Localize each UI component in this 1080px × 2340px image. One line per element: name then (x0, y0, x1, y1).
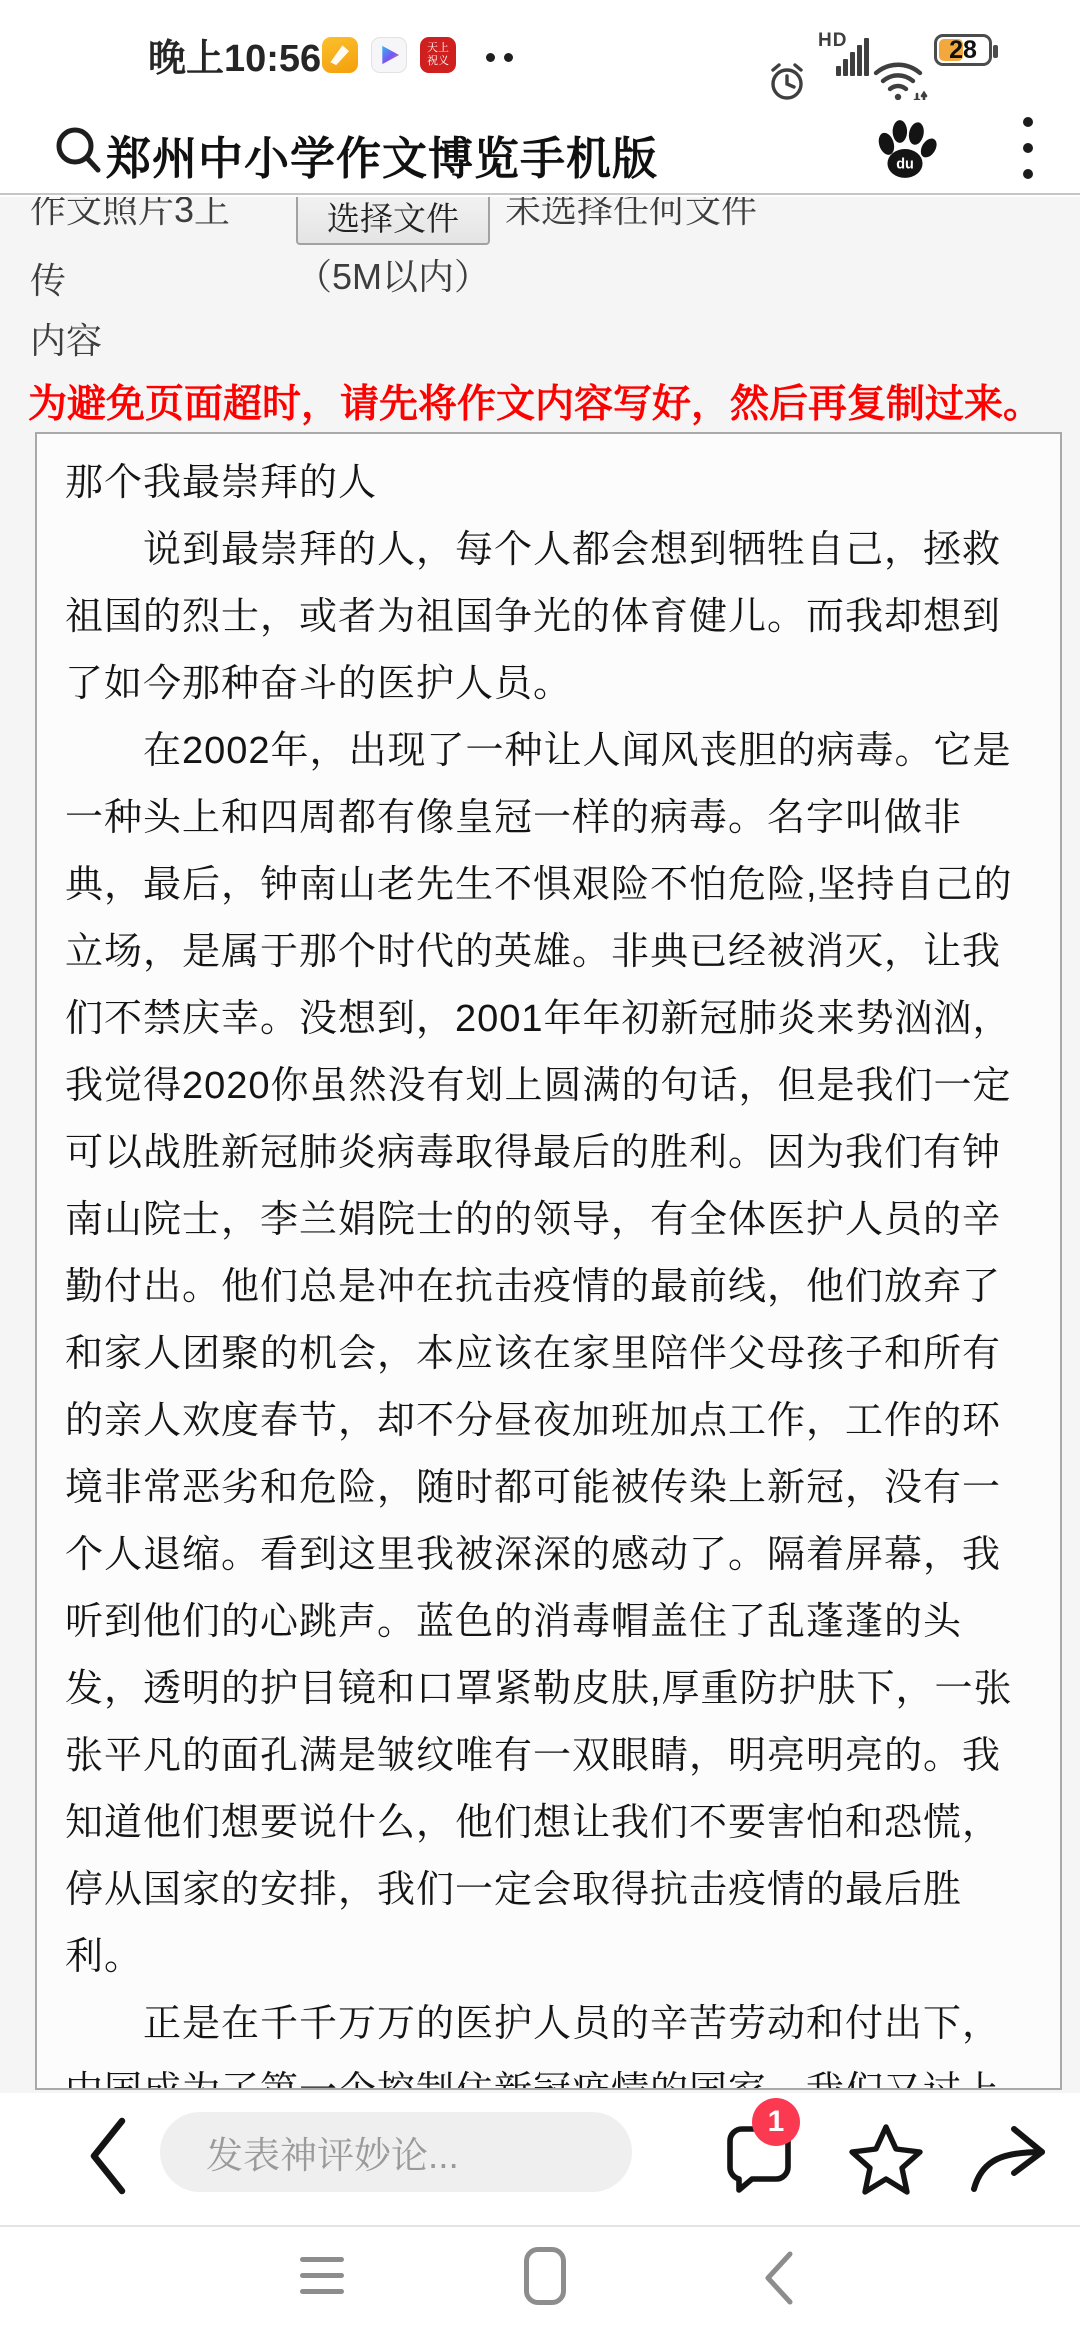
comment-input[interactable]: 发表神评妙论... (160, 2112, 632, 2192)
baidu-paw-icon[interactable]: du (872, 116, 938, 182)
choose-file-button[interactable]: 选择文件 (296, 197, 490, 245)
favorite-star-icon[interactable] (846, 2121, 926, 2199)
red-app-notification-icon: 天上 祝义 (420, 37, 456, 73)
timeout-warning-text: 为避免页面超时，请先将作文内容写好，然后再复制过来。 (28, 373, 1042, 429)
battery-indicator: 28 (934, 34, 992, 66)
share-icon[interactable] (966, 2121, 1048, 2197)
comment-count-badge: 1 (752, 2098, 800, 2146)
more-notifications-dot-icon (504, 53, 513, 62)
file-size-hint: （5M以内） (296, 249, 490, 300)
recents-menu-icon[interactable] (300, 2257, 344, 2297)
battery-tip (993, 45, 998, 58)
home-icon[interactable] (524, 2247, 566, 2305)
video-app-notification-icon (371, 37, 407, 73)
clock-text: 晚上10:56 (148, 27, 321, 82)
cell-signal-icon: HD (818, 30, 872, 78)
more-notifications-dot-icon (486, 53, 495, 62)
browser-header: 郑州中小学作文博览手机版 du (0, 100, 1080, 195)
essay-text: 那个我最崇拜的人 说到最崇拜的人，每个人都会想到牺牲自己，拯救祖国的烈士，或者为… (37, 434, 1060, 2090)
upload-form: 作文照片3上 传 选择文件 未选择任何文件 （5M以内） 内容 为避免页面超时，… (0, 197, 1080, 2093)
no-file-chosen-text: 未选择任何文件 (505, 197, 805, 237)
photo-upload-label-wrap: 传 (30, 253, 66, 304)
menu-kebab-icon[interactable] (1022, 117, 1034, 179)
comment-placeholder: 发表神评妙论... (160, 2125, 459, 2179)
bottom-toolbar: 发表神评妙论... 1 (0, 2093, 1080, 2225)
back-chevron-icon[interactable] (84, 2113, 130, 2199)
svg-text:du: du (896, 157, 914, 173)
notes-app-notification-icon (322, 37, 358, 73)
photo-upload-label: 作文照片3上 (30, 197, 290, 237)
android-navbar (0, 2225, 1080, 2340)
phone-screen: 晚上10:56 天上 祝义 HD 28 (0, 0, 1080, 2340)
search-icon[interactable] (50, 122, 106, 178)
nav-back-icon[interactable] (760, 2249, 796, 2307)
battery-percent-text: 28 (937, 37, 989, 63)
status-bar: 晚上10:56 天上 祝义 HD 28 (0, 0, 1080, 100)
content-label: 内容 (30, 313, 102, 364)
essay-textarea[interactable]: 那个我最崇拜的人 说到最崇拜的人，每个人都会想到牺牲自己，拯救祖国的烈士，或者为… (35, 432, 1062, 2090)
page-title[interactable]: 郑州中小学作文博览手机版 (106, 122, 658, 187)
